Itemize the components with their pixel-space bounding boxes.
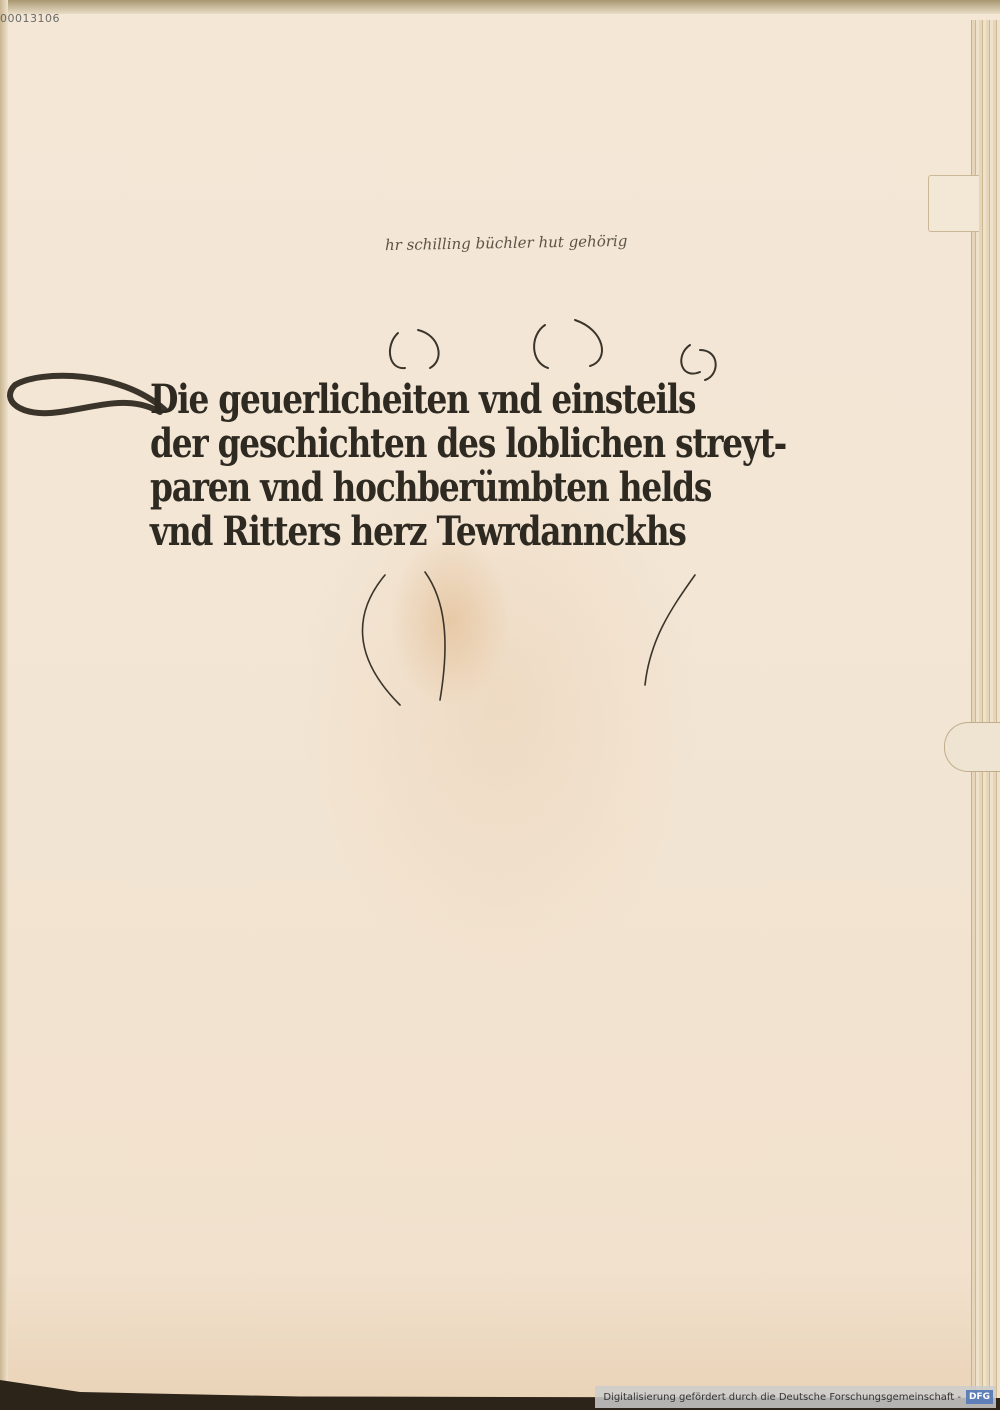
title-line: vnd Ritters herz Tewrdannckhs <box>150 510 642 554</box>
title-line: der geschichten des loblichen streyt- <box>150 422 642 466</box>
dfg-logo-icon: DFG <box>966 1390 993 1404</box>
title-line: paren vnd hochberümbten helds <box>150 466 642 510</box>
paper-tab-marker <box>928 175 979 232</box>
book-page-scan: 00013106 hr schilling büchler hut gehöri… <box>0 0 1000 1410</box>
clasp-tab-marker <box>944 722 1000 772</box>
funding-credit-banner: Digitalisierung gefördert durch die Deut… <box>595 1386 996 1408</box>
title-line: Die geuerlicheiten vnd einsteils <box>150 378 642 422</box>
handwritten-ownership-note: hr schilling büchler hut gehörig <box>385 232 628 254</box>
title-text-block: Die geuerlicheiten vnd einsteils der ges… <box>150 378 750 554</box>
calligraphic-flourishes-icon <box>0 0 1000 720</box>
gutter-edge <box>0 0 8 1410</box>
page-identifier: 00013106 <box>0 12 60 25</box>
credit-text: Digitalisierung gefördert durch die Deut… <box>603 1392 961 1403</box>
top-edge-shadow <box>0 0 1000 14</box>
